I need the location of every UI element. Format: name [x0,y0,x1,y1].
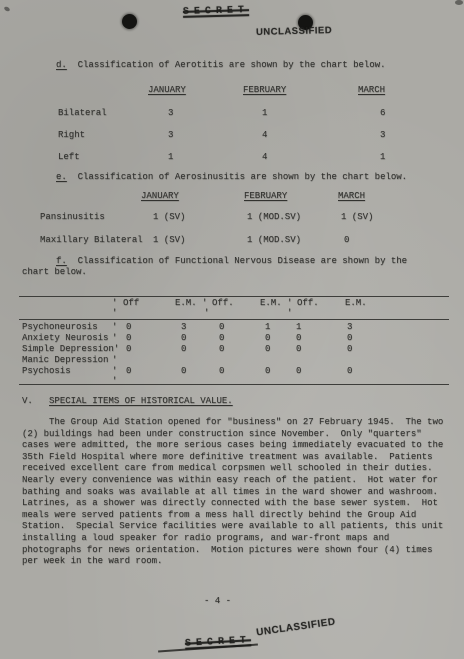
cell-value: 0 [296,333,301,343]
table-rule [19,384,449,385]
cell-value: 1 (MOD.SV) [247,212,301,222]
column-separator: ' [112,355,117,365]
column-separator: ' [112,333,117,343]
cell-value: 6 [380,108,385,118]
column-separator: ' [287,308,292,318]
column-header: Off [123,298,139,308]
cell-value: 1 [262,108,267,118]
cell-value: 3 [380,130,385,140]
section-label: f. [56,256,67,266]
section-label: V. [22,396,33,406]
cell-value: 0 [181,333,186,343]
row-label: Manic Depression [22,355,108,365]
column-header: FEBRUARY [243,85,286,95]
column-separator: ' [112,366,117,376]
hole-punch-left [122,14,137,29]
unclassified-stamp-top: UNCLASSIFIED [256,25,332,38]
column-header: FEBRUARY [244,191,287,201]
row-label: Pansinusitis [40,212,105,222]
column-header: E.M. [260,298,282,308]
cell-value: 0 [296,366,301,376]
row-label: Psychoneurosis [22,322,98,332]
section-f-heading-line2: chart below. [22,267,87,277]
cell-value: 4 [262,130,267,140]
cell-value: 0 [126,333,131,343]
cell-value: 1 [380,152,385,162]
cell-value: 1 (SV) [153,212,185,222]
heading-text: Classification of Aerosinusitis are show… [78,172,407,182]
cell-value: 1 (SV) [341,212,373,222]
cell-value: 4 [262,152,267,162]
column-separator: ' [112,298,117,308]
corner-speck-right [455,0,463,5]
row-label: Anxiety Neurosis [22,333,108,343]
cell-value: 1 [265,322,270,332]
heading-text: SPECIAL ITEMS OF HISTORICAL VALUE. [49,396,233,406]
column-header: Off. [212,298,234,308]
table-rule [19,296,449,297]
row-label: Bilateral [58,108,107,118]
cell-value: 0 [219,333,224,343]
cell-value: 1 (MOD.SV) [247,235,301,245]
cell-value: 3 [181,322,186,332]
section-f-heading: f. Classification of Functional Nervous … [56,256,407,266]
heading-text: Classification of Functional Nervous Dis… [78,256,407,266]
cell-value: 1 (SV) [153,235,185,245]
body-paragraph: The Group Aid Station opened for "busine… [22,417,454,568]
column-header: MARCH [338,191,365,201]
table-rule [19,319,449,320]
cell-value: 1 [296,322,301,332]
cell-value: 0 [181,344,186,354]
row-label: Left [58,152,80,162]
cell-value: 3 [168,108,173,118]
heading-text: Classification of Aerotitis are shown by… [78,60,386,70]
cell-value: 0 [265,333,270,343]
row-label: Right [58,130,85,140]
column-header: MARCH [358,85,385,95]
section-label: d. [56,60,67,70]
column-header: JANUARY [141,191,179,201]
cell-value: 0 [265,344,270,354]
secret-stamp-bottom: SECRET [185,635,252,649]
cell-value: 0 [265,366,270,376]
secret-stamp-top: SECRET [183,5,249,18]
cell-value: 0 [126,366,131,376]
section-label: e. [56,172,67,182]
column-header: E.M. [175,298,197,308]
corner-speck-left [3,6,10,12]
cell-value: 0 [219,366,224,376]
row-label: Maxillary Bilateral [40,235,143,245]
column-header: JANUARY [148,85,186,95]
section-d-heading: d. Classification of Aerotitis are shown… [56,60,385,70]
cell-value: 0 [347,344,352,354]
document-page: SECRET UNCLASSIFIED d. Classification of… [0,0,464,659]
cell-value: 0 [219,322,224,332]
cell-value: 0 [181,366,186,376]
section-e-heading: e. Classification of Aerosinusitis are s… [56,172,407,182]
cell-value: 0 [126,322,131,332]
column-separator: ' [112,308,117,318]
column-header: Off. [297,298,319,308]
row-label: Simple Depression' [22,344,119,354]
column-separator: ' [112,322,117,332]
column-separator: ' [204,308,209,318]
unclassified-stamp-bottom: UNCLASSIFIED [256,616,337,638]
heading-text: chart below. [22,267,87,277]
cell-value: 0 [126,344,131,354]
cell-value: 0 [219,344,224,354]
row-label: Psychosis [22,366,71,376]
cell-value: 0 [344,235,349,245]
column-separator: ' [287,298,292,308]
cell-value: 1 [168,152,173,162]
cell-value: 0 [296,344,301,354]
cell-value: 3 [347,322,352,332]
column-header: E.M. [345,298,367,308]
section-v-heading: V. SPECIAL ITEMS OF HISTORICAL VALUE. [22,396,233,406]
cell-value: 3 [168,130,173,140]
cell-value: 0 [347,366,352,376]
cell-value: 0 [347,333,352,343]
page-number: - 4 - [204,596,231,606]
column-separator: ' [202,298,207,308]
